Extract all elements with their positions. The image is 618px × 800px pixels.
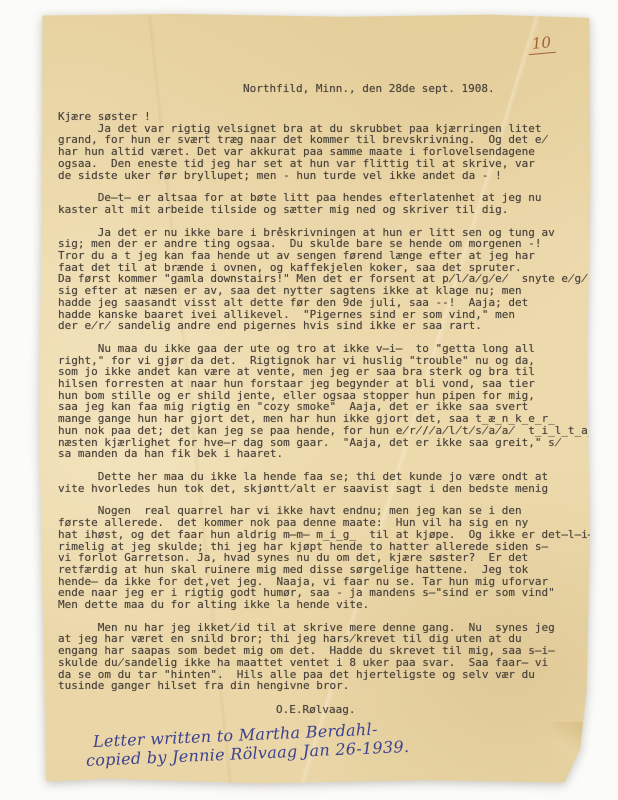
salutation: Kjære søster ! — [58, 111, 578, 123]
signature: O.E.Rølvaag. — [276, 704, 355, 716]
letter-paragraph: Nu maa du ikke gaa der ute og tro at ikk… — [58, 343, 578, 460]
letter-paragraph: Ja det var rigtig velsignet bra at du sk… — [58, 123, 578, 182]
letter-paragraph: De̶t̶ er altsaa for at bøte litt paa hen… — [58, 192, 578, 215]
letter-paragraph: Nogen real quarrel har vi ikke havt endn… — [58, 505, 578, 610]
letter-paragraph: Ja det er nu ikke bare i bre̽skrivningen… — [58, 227, 578, 332]
letter-paragraph: Men nu har jeg ikket̸id til at skrive me… — [58, 622, 578, 692]
page-number: 10 — [527, 33, 556, 55]
letter-paper: 10 Northfild, Minn., den 28de sept. 1908… — [38, 14, 591, 784]
letter-body: Kjære søster ! Ja det var rigtig velsign… — [58, 111, 578, 703]
date-line: Northfild, Minn., den 28de sept. 1908. — [243, 83, 495, 95]
letter-paragraph: Dette her maa du ikke la hende faa se; t… — [58, 471, 578, 494]
scanned-letter: 10 Northfild, Minn., den 28de sept. 1908… — [38, 14, 591, 784]
